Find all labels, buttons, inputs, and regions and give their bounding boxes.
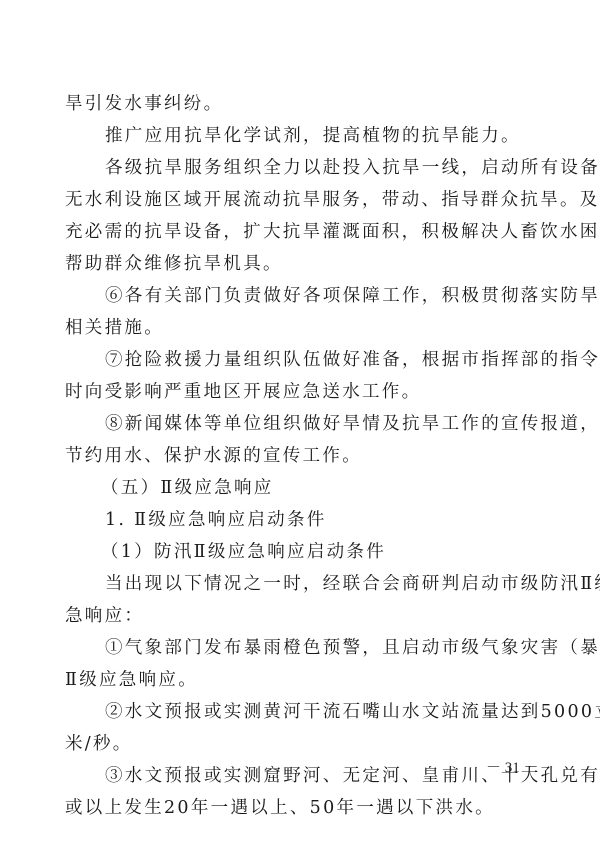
list-item-7: ⑦抢险救援力量组织队伍做好准备，根据市指挥部的指令，及 [65, 344, 547, 376]
subsubsection-heading: （1）防汛Ⅱ级应急响应启动条件 [65, 536, 547, 568]
text-line: 各级抗旱服务组织全力以赴投入抗旱一线，启动所有设备，在 [65, 152, 547, 184]
list-item-6: ⑥各有关部门负责做好各项保障工作，积极贯彻落实防旱抗旱 [65, 280, 547, 312]
section-heading: （五）Ⅱ级应急响应 [65, 472, 547, 504]
page-number: － 31 － [486, 756, 539, 777]
text-line: 充必需的抗旱设备，扩大抗旱灌溉面积，积极解决人畜饮水困难， [65, 216, 547, 248]
text-line: 急响应： [65, 600, 547, 632]
text-line: Ⅱ级应急响应。 [65, 664, 547, 696]
document-body: 旱引发水事纠纷。 推广应用抗旱化学试剂，提高植物的抗旱能力。 各级抗旱服务组织全… [65, 88, 547, 824]
text-line: 当出现以下情况之一时，经联合会商研判启动市级防汛Ⅱ级应 [65, 568, 547, 600]
condition-item-2: ②水文预报或实测黄河干流石嘴山水文站流量达到5000立方 [65, 696, 547, 728]
condition-item-1: ①气象部门发布暴雨橙色预警，且启动市级气象灾害（暴雨） [65, 632, 547, 664]
text-line: 无水利设施区域开展流动抗旱服务，带动、指导群众抗旱。及时补 [65, 184, 547, 216]
text-line: 旱引发水事纠纷。 [65, 88, 547, 120]
subsection-heading: 1. Ⅱ级应急响应启动条件 [65, 504, 547, 536]
text-line: 相关措施。 [65, 312, 547, 344]
text-line: 米/秒。 [65, 728, 547, 760]
list-item-8: ⑧新闻媒体等单位组织做好旱情及抗旱工作的宣传报道，加强 [65, 408, 547, 440]
text-line: 推广应用抗旱化学试剂，提高植物的抗旱能力。 [65, 120, 547, 152]
text-line: 帮助群众维修抗旱机具。 [65, 248, 547, 280]
text-line: 时向受影响严重地区开展应急送水工作。 [65, 376, 547, 408]
condition-item-3: ③水文预报或实测窟野河、无定河、皇甫川、十大孔兑有1条 [65, 760, 547, 792]
text-line: 节约用水、保护水源的宣传工作。 [65, 440, 547, 472]
text-line: 或以上发生20年一遇以上、50年一遇以下洪水。 [65, 792, 547, 824]
